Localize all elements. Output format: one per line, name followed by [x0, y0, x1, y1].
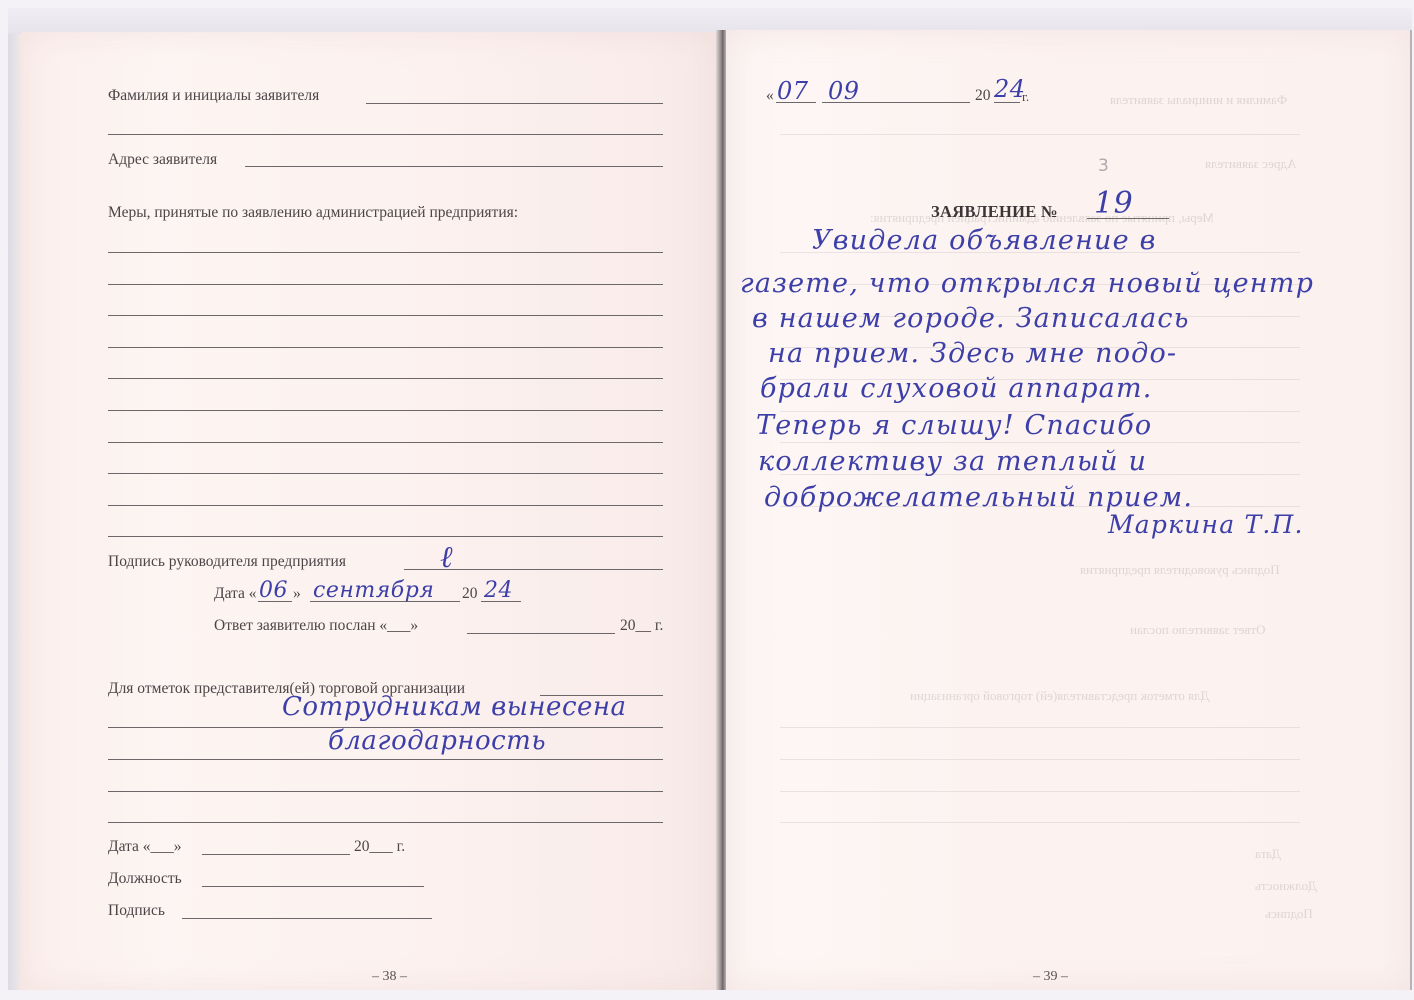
ghost-label: Ответ заявителю послан [1130, 622, 1265, 638]
measures-line[interactable] [108, 442, 663, 443]
measures-line[interactable] [108, 378, 663, 379]
measures-line[interactable] [108, 284, 663, 285]
measures-line[interactable] [108, 252, 663, 253]
position-label: Должность [108, 870, 182, 888]
statement-date-month: 09 [828, 77, 860, 105]
decision-date-day: 06 [259, 578, 288, 603]
signature-field[interactable] [182, 918, 432, 919]
statement-title: ЗАЯВЛЕНИЕ № [931, 202, 1058, 222]
statement-date-year-prefix: 20 [975, 87, 991, 105]
statement-line: коллективу за теплый и [758, 446, 1147, 477]
page-number-left: – 38 – [372, 969, 407, 985]
ghost-line [780, 727, 1300, 728]
applicant-address-field[interactable] [245, 166, 663, 167]
ghost-line [780, 822, 1300, 823]
ghost-label: Адрес заявителя [1205, 156, 1297, 172]
statement-line: доброжелательный прием. [764, 482, 1193, 513]
ghost-label: Подпись [1265, 906, 1313, 922]
page-number-right: – 39 – [1033, 969, 1068, 985]
ghost-line [780, 759, 1300, 760]
reply-sent-label: Ответ заявителю послан «___» [214, 617, 418, 635]
statement-date-open-quote: « [766, 87, 774, 105]
measures-line[interactable] [108, 505, 663, 506]
statement-line: на прием. Здесь мне подо- [768, 338, 1177, 369]
footer-date-label: Дата «___» [108, 838, 182, 856]
ghost-label: Подпись руководителя предприятия [1080, 562, 1280, 578]
decision-date-year-prefix: 20 [462, 585, 478, 603]
applicant-name-label: Фамилия и инициалы заявителя [108, 87, 319, 105]
decision-date-label: Дата « [214, 585, 257, 603]
manager-signature-label: Подпись руководителя предприятия [108, 553, 346, 571]
pencil-mark: 3 [1098, 156, 1109, 176]
book-edge [8, 32, 22, 990]
applicant-name-field[interactable] [366, 103, 663, 104]
footer-date-year: 20___ г. [354, 838, 405, 856]
applicant-name-field-line2[interactable] [108, 134, 663, 135]
ghost-line [780, 442, 1300, 443]
reply-sent-year: 20__ г. [620, 617, 663, 635]
ghost-label: Для отметок представителя(ей) торговой о… [910, 688, 1209, 704]
statement-line: Увидела объявление в [812, 225, 1157, 256]
ghost-line [780, 791, 1300, 792]
ghost-label: Должность [1255, 878, 1317, 894]
measures-line[interactable] [108, 347, 663, 348]
statement-date-year: 24 [994, 75, 1026, 103]
footer-date-month-field[interactable] [202, 854, 350, 855]
trade-org-note-line2: благодарность [328, 726, 546, 756]
trade-org-field-line5[interactable] [108, 822, 663, 823]
decision-date-month: сентября [313, 578, 434, 603]
measures-line[interactable] [108, 410, 663, 411]
statement-number: 19 [1094, 186, 1133, 221]
measures-line[interactable] [108, 536, 663, 537]
statement-line: Теперь я слышу! Спасибо [756, 410, 1152, 441]
decision-date-year: 24 [484, 578, 513, 603]
statement-line: брали слуховой аппарат. [760, 373, 1153, 404]
signature-label: Подпись [108, 902, 165, 920]
applicant-signature: Маркина Т.П. [1108, 510, 1304, 539]
measures-line[interactable] [108, 315, 663, 316]
ghost-label: Дата [1255, 846, 1281, 862]
trade-org-field-line3[interactable] [108, 759, 663, 760]
reply-sent-month-field[interactable] [467, 633, 615, 634]
statement-date-day: 07 [777, 77, 809, 105]
trade-org-note-line1: Сотрудникам вынесена [282, 692, 627, 722]
statement-line: в нашем городе. Записалась [752, 303, 1190, 334]
measures-label: Меры, принятые по заявлению администраци… [108, 204, 518, 222]
applicant-address-label: Адрес заявителя [108, 151, 217, 169]
statement-date-year-end: г. [1022, 89, 1029, 105]
statement-line: газете, что открылся новый центр [740, 268, 1314, 299]
decision-date-quote-close: » [293, 585, 301, 603]
ghost-label: Фамилия и инициалы заявителя [1110, 92, 1287, 108]
trade-org-field-line4[interactable] [108, 791, 663, 792]
ghost-line [780, 134, 1300, 135]
measures-line[interactable] [108, 473, 663, 474]
position-field[interactable] [202, 886, 424, 887]
manager-signature: ℓ [440, 540, 453, 575]
